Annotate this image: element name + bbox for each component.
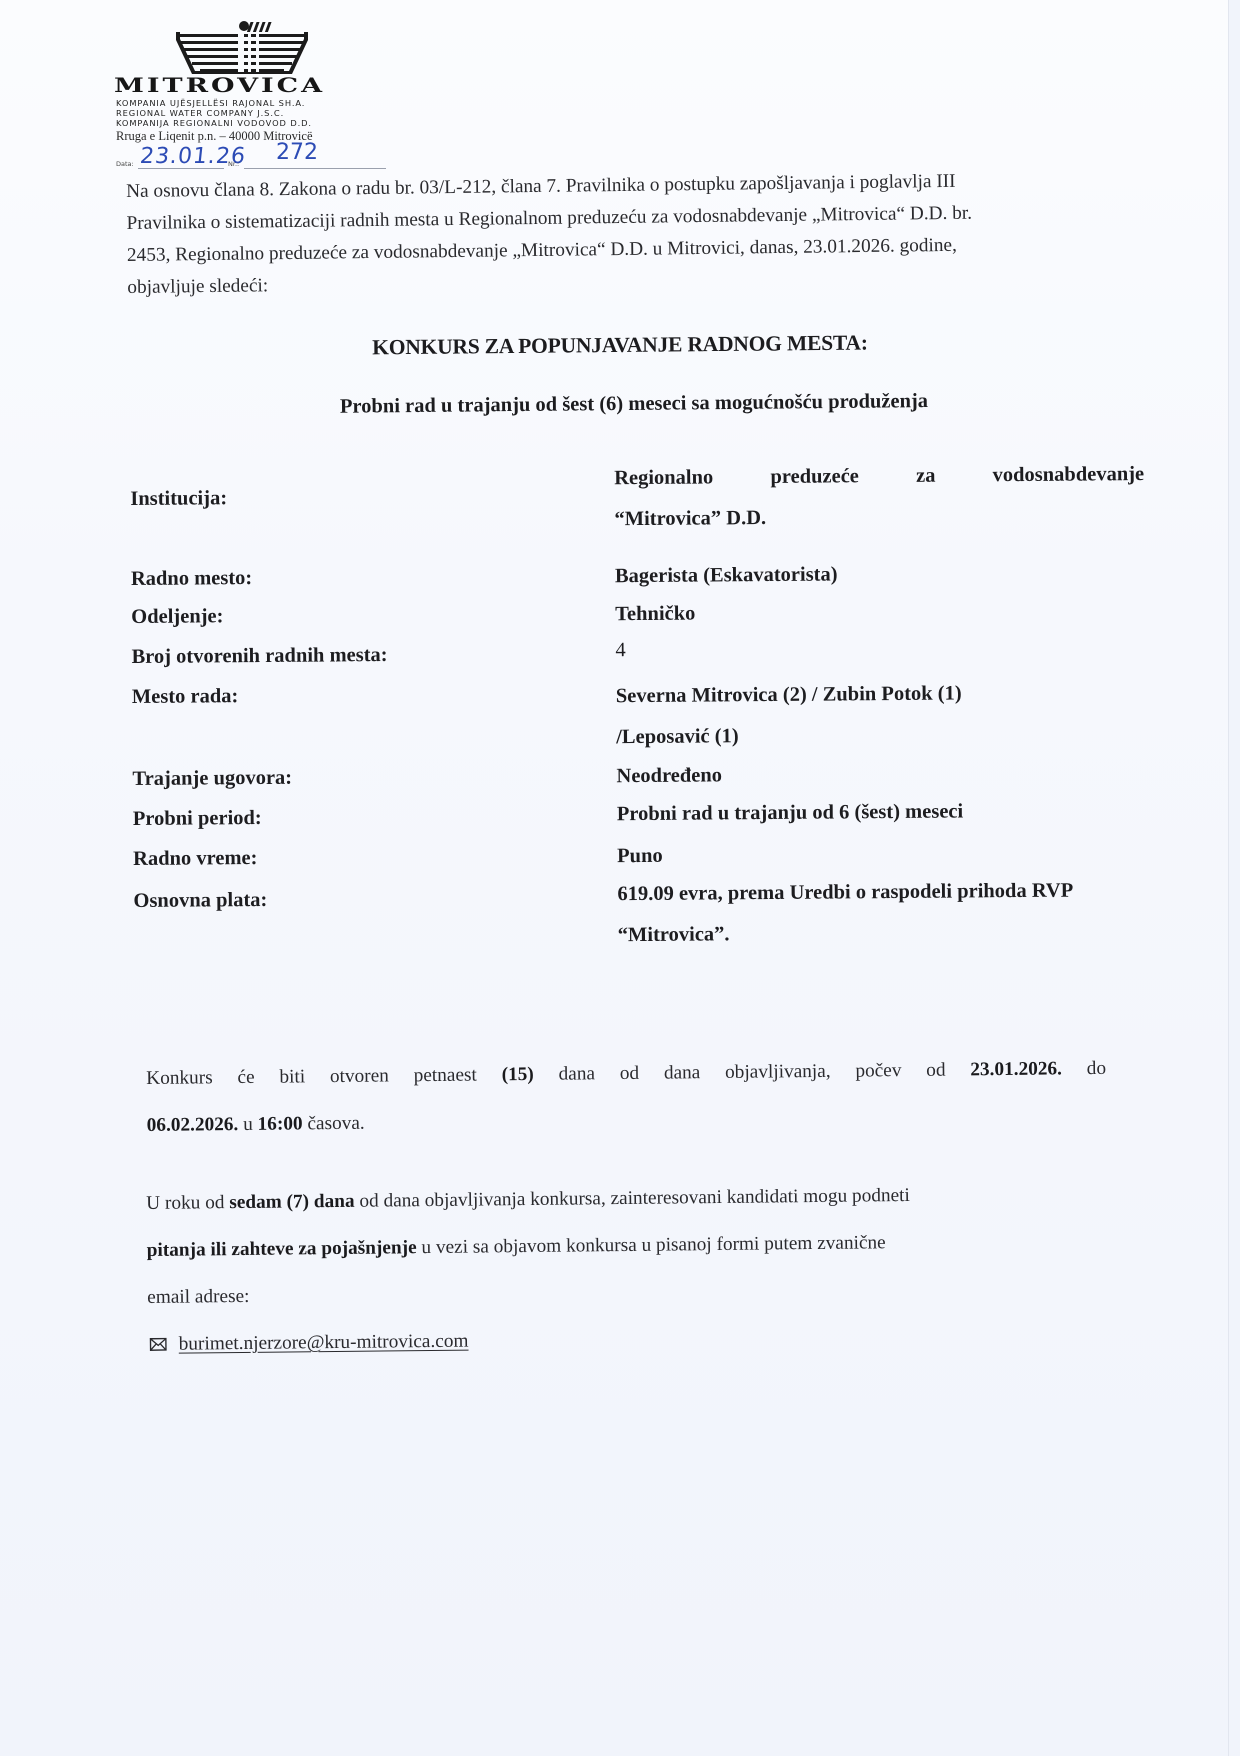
company-logo-icon	[172, 18, 312, 78]
deadline-word: do	[1086, 1045, 1106, 1092]
text-fragment: časova.	[302, 1113, 364, 1135]
detail-label: Probni period:	[133, 807, 262, 831]
detail-label: Institucija:	[130, 487, 227, 511]
deadline-word: petnaest	[413, 1052, 477, 1100]
value-line: “Mitrovica” D.D.	[614, 495, 1144, 540]
email-row: burimet.njerzore@kru-mitrovica.com	[147, 1311, 1107, 1368]
value-line: Severna Mitrovica (2) / Zubin Potok (1)	[616, 672, 1146, 717]
company-name: MITROVICA	[114, 76, 382, 96]
company-address: Rruga e Liqenit p.n. – 40000 Mitrovicë	[116, 129, 386, 143]
detail-value: Severna Mitrovica (2) / Zubin Potok (1) …	[616, 672, 1147, 758]
deadline-time: 16:00	[257, 1113, 302, 1134]
detail-label: Odeljenje:	[131, 605, 223, 629]
legal-basis-paragraph: Na osnovu člana 8. Zakona o radu br. 03/…	[126, 164, 1112, 304]
deadline-word: biti	[279, 1053, 305, 1100]
text-fragment: od dana objavljivanja konkursa, zaintere…	[354, 1185, 909, 1212]
detail-label: Mesto rada:	[132, 685, 239, 709]
deadline-line-2: 06.02.2026. u 16:00 časova.	[146, 1092, 1106, 1149]
clarification-paragraph: U roku od sedam (7) dana od dana objavlj…	[146, 1170, 1108, 1368]
deadline-word: dana	[664, 1049, 701, 1096]
company-line-serbian: KOMPANIJA REGIONALNI VODOVOD D.D.	[116, 118, 386, 128]
detail-label: Broj otvorenih radnih mesta:	[131, 644, 387, 669]
detail-label: Trajanje ugovora:	[132, 767, 292, 791]
deadline-word: će	[237, 1054, 255, 1101]
deadline-word: počev	[855, 1047, 902, 1094]
value-line: “Mitrovica”.	[618, 911, 1148, 956]
value-word: Regionalno	[614, 457, 713, 499]
detail-value: Regionalno preduzeće za vodosnabdevanje …	[614, 454, 1145, 540]
detail-label: Osnovna plata:	[133, 889, 267, 913]
deadline-word: dana	[558, 1050, 595, 1097]
text-fragment: u vezi sa objavom konkursa u pisanoj for…	[417, 1232, 886, 1258]
deadline-word: objavljivanja,	[725, 1048, 831, 1096]
text-fragment: u	[238, 1114, 258, 1135]
company-line-albanian: KOMPANIA UJËSJELLËSI RAJONAL SH.A.	[116, 98, 386, 108]
company-line-english: REGIONAL WATER COMPANY J.S.C.	[116, 108, 386, 118]
deadline-word: (15)	[501, 1051, 534, 1098]
stamp-date-underline	[138, 168, 224, 169]
stamp-number-underline	[244, 168, 386, 169]
detail-label: Radno vreme:	[133, 847, 257, 871]
value-line: /Leposavić (1)	[616, 713, 1146, 758]
stamp-date-label: Data:	[116, 160, 134, 168]
deadline-word: otvoren	[330, 1052, 389, 1100]
envelope-icon	[150, 1338, 167, 1351]
value-word: preduzeće	[770, 456, 859, 498]
deadline-word: Konkurs	[146, 1054, 213, 1102]
detail-value: 4	[615, 626, 1145, 671]
text-fragment: U roku od	[146, 1192, 229, 1214]
detail-row-institution: Institucija: Regionalno preduzeće za vod…	[130, 454, 1150, 462]
stamp-number-label: Nr.:	[228, 160, 239, 168]
detail-value: 619.09 evra, prema Uredbi o raspodeli pr…	[617, 870, 1148, 956]
deadline-word: od	[926, 1047, 946, 1094]
document-page: MITROVICA KOMPANIA UJËSJELLËSI RAJONAL S…	[0, 0, 1229, 1756]
stamp-number-handwritten: 272	[276, 140, 318, 165]
value-word: za	[916, 456, 936, 497]
detail-value: Probni rad u trajanju od 6 (šest) meseci	[617, 790, 1147, 835]
deadline-paragraph: Konkursćebitiotvorenpetnaest(15)danaodda…	[146, 1045, 1107, 1149]
value-word: vodosnabdevanje	[992, 454, 1144, 496]
clarification-request-type: pitanja ili zahteve za pojašnjenje	[147, 1237, 417, 1261]
deadline-end-date: 06.02.2026.	[147, 1114, 239, 1136]
detail-label: Radno mesto:	[131, 567, 252, 591]
deadline-word: 23.01.2026.	[970, 1045, 1062, 1093]
clarification-period: sedam (7) dana	[229, 1191, 355, 1213]
contact-email-link[interactable]: burimet.njerzore@kru-mitrovica.com	[178, 1318, 468, 1368]
registry-stamp: Data: 23.01.26 Nr.: 272	[116, 144, 386, 174]
position-details: Institucija: Regionalno preduzeće za vod…	[130, 454, 1150, 462]
value-line: 619.09 evra, prema Uredbi o raspodeli pr…	[617, 870, 1147, 915]
document-title: KONKURS ZA POPUNJAVANJE RADNOG MESTA:	[0, 327, 1234, 364]
deadline-word: od	[620, 1050, 640, 1097]
document-subtitle: Probni rad u trajanju od šest (6) meseci…	[0, 387, 1240, 422]
